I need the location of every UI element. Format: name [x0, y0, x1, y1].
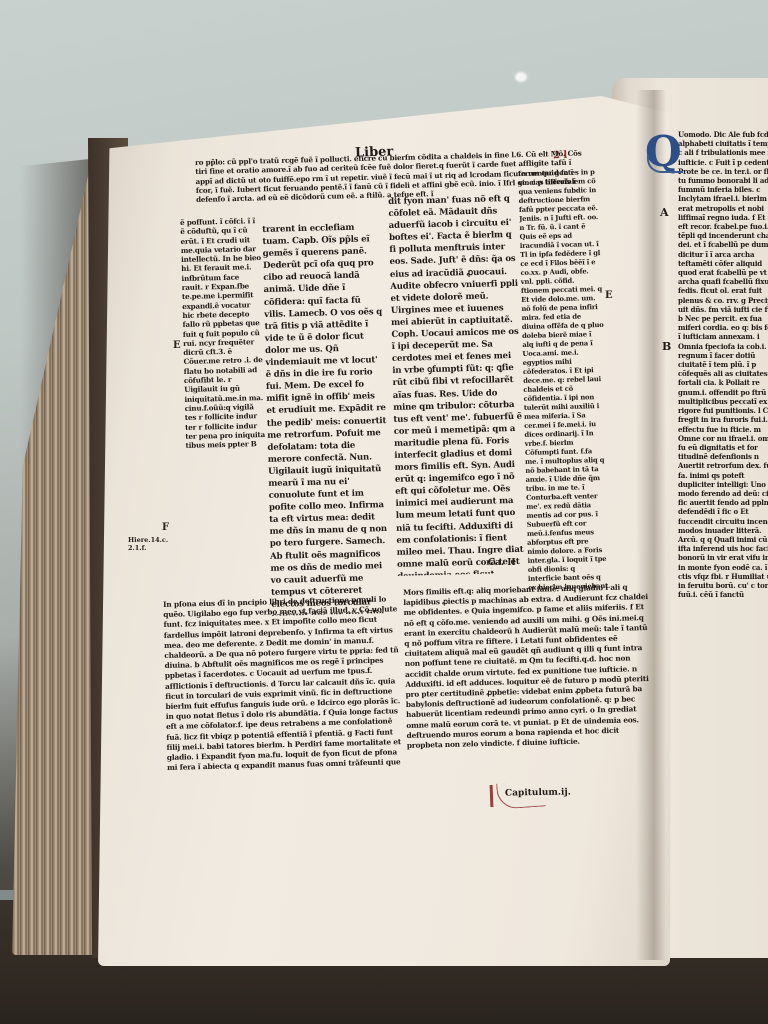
right-margin-letter-b: B: [662, 340, 671, 353]
margin-letter-e-2: E: [605, 290, 613, 301]
bottom-right-commentary: Mors fimilis eft.q: aliq moriebant fame:…: [403, 582, 653, 788]
chapter-heading: Capitulum.ij.: [505, 787, 571, 798]
bottom-left-commentary: In pſona eius dĩ in pncipio libri de def…: [163, 594, 403, 805]
right-page-text: Uomodo. Dic Ale fub fcdo alphabeti ciuit…: [678, 130, 768, 850]
light-reflection: [515, 72, 527, 82]
margin-letter-e-1: E: [173, 340, 181, 351]
margin-reference: Hiere.14.c. 2.1.f.: [128, 536, 168, 552]
initial-flourish: [647, 155, 683, 173]
right-margin-letter-a: A: [660, 206, 669, 219]
main-text-column-left: trarent in ecclefiam tuam. Capb. Oĩs pp̃…: [262, 221, 392, 616]
main-text-column-right: dit fyon man' fuas nõ eft q cõfolet eã. …: [388, 193, 527, 576]
chapter-note: Ca. II: [488, 558, 516, 568]
right-gloss-column: feruenter gentes in p vincias bierufalem…: [518, 168, 610, 590]
margin-letter-f: F: [162, 522, 169, 533]
outer-gloss-column: ẽ poffunt. ĩ cõfci. ĩ ĩ ẽ cõduftũ, qu ĩ …: [180, 216, 270, 608]
book-gutter: [636, 90, 666, 960]
